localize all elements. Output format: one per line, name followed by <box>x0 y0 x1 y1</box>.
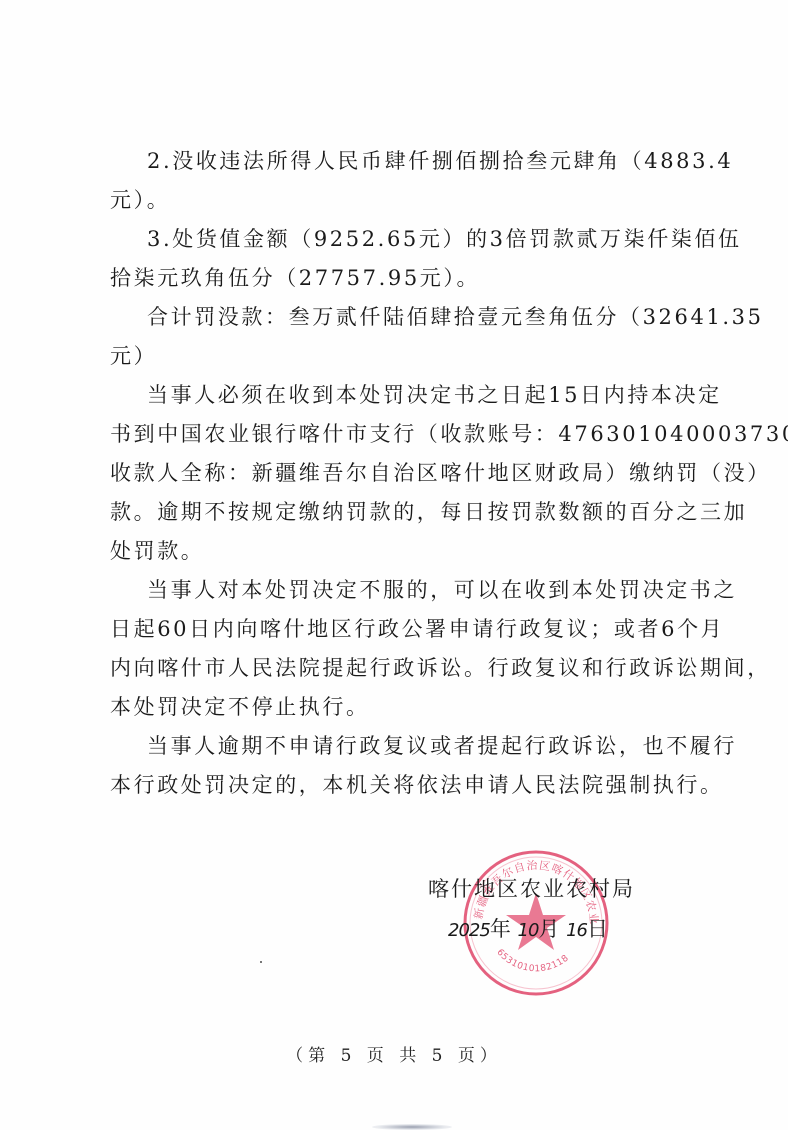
issuing-authority: 喀什地区农业农村局 <box>428 875 635 903</box>
payment-line-1: 当事人必须在收到本处罚决定书之日起15日内持本决定 <box>147 381 702 409</box>
payment-line-4: 款。逾期不按规定缴纳罚款的，每日按罚款数额的百分之三加 <box>110 498 702 526</box>
enforcement-line-1: 当事人逾期不申请行政复议或者提起行政诉讼，也不履行 <box>147 732 702 760</box>
item-2-line-1: 2.没收违法所得人民币肆仟捌佰捌拾叁元肆角（4883.4 <box>147 147 702 175</box>
date-day: 16 <box>566 920 587 941</box>
payment-line-2: 书到中国农业银行喀什市支行（收款账号：476301040003730， <box>110 420 702 448</box>
payment-line-5: 处罚款。 <box>110 537 702 565</box>
scan-artifact <box>372 1124 452 1130</box>
svg-text:6531010182118: 6531010182118 <box>494 948 571 975</box>
date-year: 2025 <box>448 920 490 941</box>
signing-date: 2025年 10月 16日 <box>448 915 608 945</box>
appeal-line-4: 本处罚决定不停止执行。 <box>110 693 702 721</box>
appeal-line-3: 内向喀什市人民法院提起行政诉讼。行政复议和行政诉讼期间， <box>110 654 702 682</box>
date-month: 10 <box>518 920 539 941</box>
appeal-line-2: 日起60日内向喀什地区行政公署申请行政复议；或者6个月 <box>110 615 702 643</box>
date-year-char: 年 <box>490 917 511 941</box>
seal-serial: 6531010182118 <box>494 948 571 975</box>
enforcement-line-2: 本行政处罚决定的，本机关将依法申请人民法院强制执行。 <box>110 771 702 799</box>
payment-line-3: 收款人全称：新疆维吾尔自治区喀什地区财政局）缴纳罚（没） <box>110 459 702 487</box>
page-number: （第 5 页 共 5 页） <box>0 1041 788 1066</box>
date-month-char: 月 <box>538 917 559 941</box>
total-line-2: 元） <box>110 342 702 370</box>
appeal-line-1: 当事人对本处罚决定不服的，可以在收到本处罚决定书之 <box>147 576 702 604</box>
document-page: 2.没收违法所得人民币肆仟捌佰捌拾叁元肆角（4883.4 元）。 3.处货值金额… <box>0 0 788 1130</box>
total-line-1: 合计罚没款：叁万贰仟陆佰肆拾壹元叁角伍分（32641.35 <box>147 303 702 331</box>
item-3-line-2: 拾柒元玖角伍分（27757.95元）。 <box>110 264 702 292</box>
date-day-char: 日 <box>587 917 608 941</box>
item-2-line-2: 元）。 <box>110 186 702 214</box>
scan-speck <box>260 961 262 963</box>
item-3-line-1: 3.处货值金额（9252.65元）的3倍罚款贰万柒仟柒佰伍 <box>147 225 702 253</box>
